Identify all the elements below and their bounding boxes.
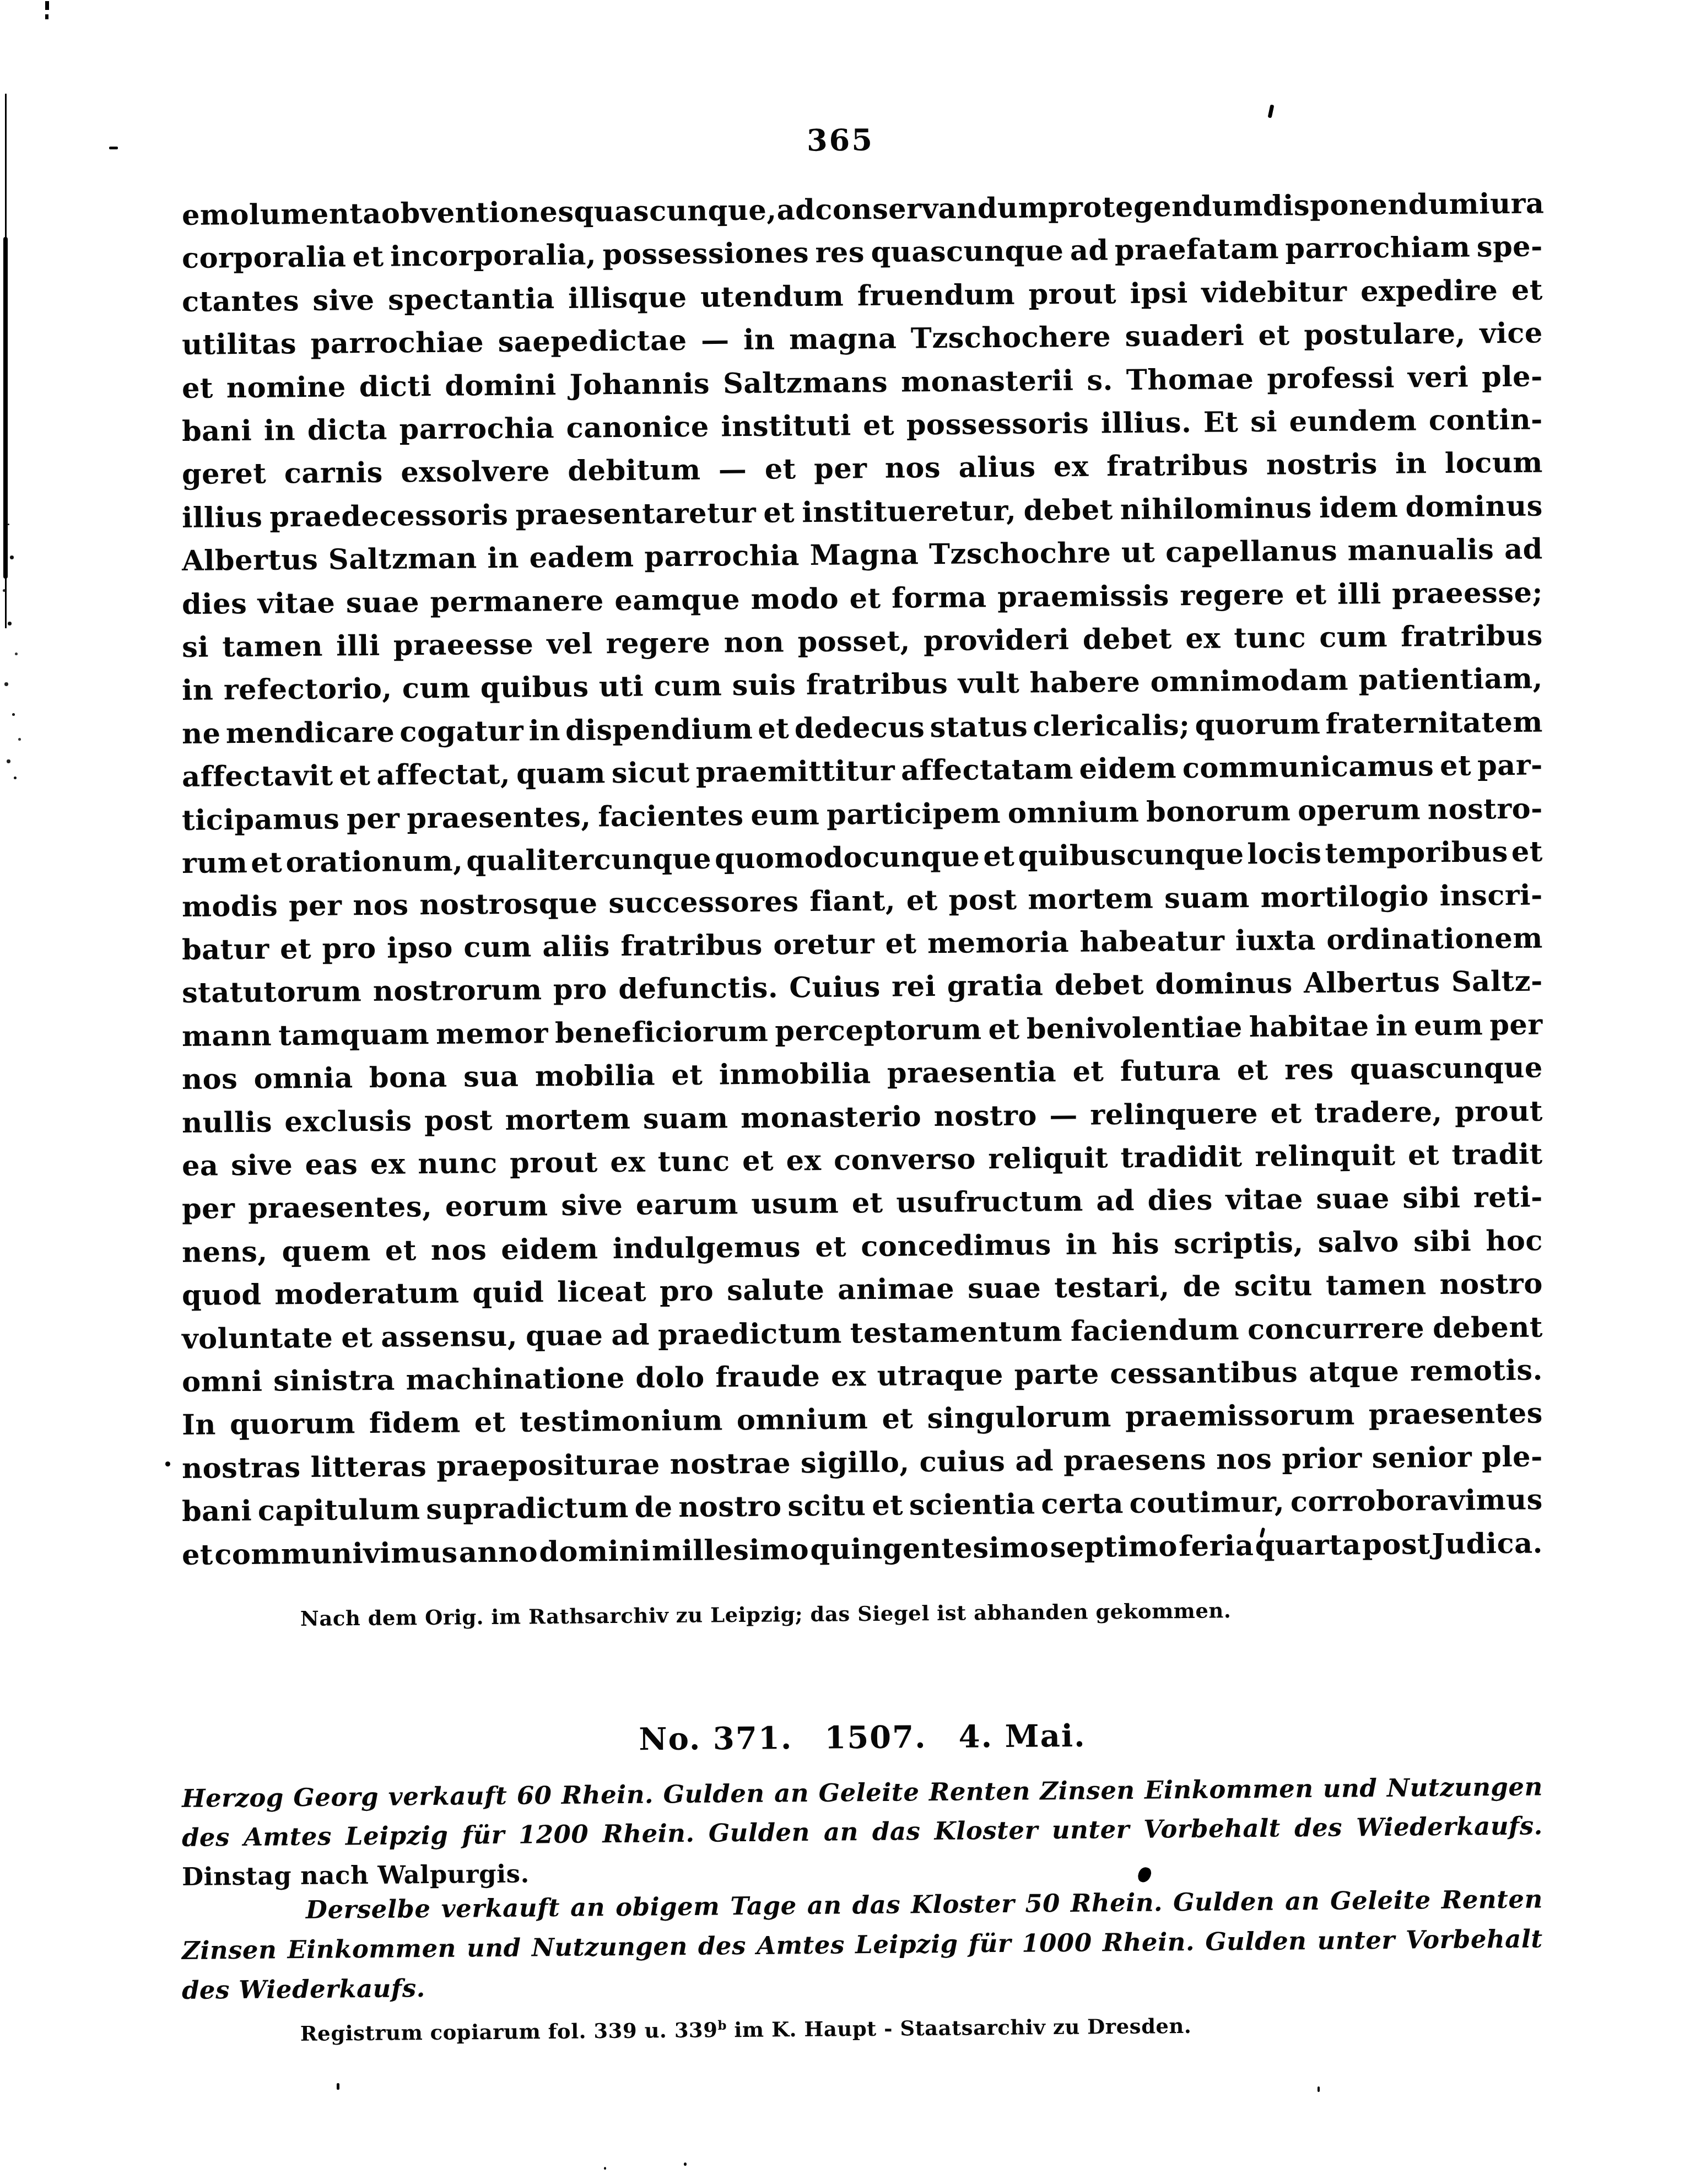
word: ex <box>831 1355 867 1398</box>
word: affectatam <box>901 748 1073 792</box>
word: illius <box>182 496 263 540</box>
word: iuxta <box>1235 919 1316 963</box>
word: unter <box>1317 1921 1395 1961</box>
word: tunc <box>1234 616 1306 660</box>
word: praedictum <box>658 1312 842 1356</box>
word: das <box>872 1811 921 1851</box>
word: coutimur, <box>1129 1481 1284 1525</box>
word: omnia <box>253 1056 353 1101</box>
word: Saltz- <box>1451 960 1543 1004</box>
word: bani <box>182 409 252 454</box>
word: scientia <box>909 1483 1035 1527</box>
word: posset, <box>797 620 910 664</box>
word: tamen <box>1326 1263 1427 1307</box>
word: quorum <box>1195 703 1320 747</box>
word: Rhein. <box>561 1775 654 1815</box>
word: an <box>570 1888 606 1928</box>
word: fruendum <box>857 273 1016 318</box>
word: canonice <box>566 406 709 450</box>
word: habeatur <box>1079 919 1224 964</box>
word: conservandum <box>815 186 1048 231</box>
word: locum <box>1445 441 1543 486</box>
word: In <box>182 1404 217 1447</box>
word: parrochia <box>644 534 800 579</box>
word: vitae <box>1225 1178 1303 1222</box>
word: ple- <box>1482 1435 1543 1479</box>
word: prior <box>1282 1437 1362 1481</box>
word: relinquit <box>1255 1134 1396 1179</box>
word: mortilogio <box>1260 875 1429 919</box>
word: clericalis; <box>1033 704 1190 748</box>
word: ple- <box>1482 355 1543 398</box>
word: benivolentiae <box>1026 1006 1243 1051</box>
word: Rhein. <box>602 1814 695 1853</box>
word: ipso <box>387 926 453 970</box>
word: orationum, <box>285 840 463 885</box>
word: reliquit <box>988 1136 1108 1180</box>
word: praeesse <box>393 623 534 667</box>
word: — <box>701 319 730 363</box>
word: dominus <box>1405 484 1543 529</box>
word: status <box>930 705 1028 749</box>
word: de <box>1183 1265 1221 1309</box>
word: praepositurae <box>436 1443 660 1488</box>
word: nostro- <box>1428 787 1543 831</box>
word: eundem <box>1289 399 1417 443</box>
word: testari, <box>1054 1266 1170 1310</box>
word: omni <box>182 1360 263 1404</box>
word: magna <box>789 317 897 362</box>
word: mortem <box>505 1097 631 1141</box>
word: ad <box>1015 1439 1054 1483</box>
word: fratribus <box>806 662 948 707</box>
word: und <box>467 1928 521 1969</box>
word: et <box>1511 831 1543 874</box>
word: Gulden <box>708 1813 810 1853</box>
word: parrochiae <box>310 321 484 365</box>
word: nostrosque <box>419 882 598 926</box>
word: et <box>988 1007 1020 1051</box>
word: temporibus <box>1325 831 1508 875</box>
page-number: 365 <box>165 117 1515 163</box>
word: praeesse; <box>1392 571 1543 616</box>
word: nullis <box>182 1101 273 1145</box>
word: in <box>743 319 775 362</box>
word: monasterio <box>741 1095 922 1140</box>
word: vitae <box>257 581 335 625</box>
word: ctantes <box>182 279 300 323</box>
word: Vorbehalt <box>1406 1919 1543 1960</box>
word: locis <box>1247 832 1322 876</box>
word: fratribus <box>620 924 763 968</box>
word: moderatum <box>274 1272 460 1317</box>
word: per <box>1489 1003 1543 1047</box>
word: operum <box>1298 788 1421 832</box>
scan-speckle <box>1318 2086 1320 2092</box>
word: protegendum <box>1048 185 1264 230</box>
word: provideri <box>924 618 1070 663</box>
word: Et <box>1203 401 1239 444</box>
word: spe- <box>1476 225 1543 269</box>
word: sibi <box>1402 1177 1461 1220</box>
word: sive <box>312 279 375 322</box>
word: fraude <box>715 1355 820 1399</box>
word: quibus <box>480 666 589 710</box>
word: Johannis <box>569 362 710 407</box>
word: spectantia <box>388 277 555 322</box>
word: et <box>1295 573 1327 617</box>
word: concedimus <box>861 1223 1051 1268</box>
word: par- <box>1477 744 1543 788</box>
scan-speckle <box>684 2163 687 2166</box>
word: patientiam, <box>1358 657 1543 702</box>
word: et <box>251 842 283 885</box>
word: aliis <box>542 925 610 968</box>
word: defunctis. <box>618 967 778 1011</box>
word: in <box>487 537 519 580</box>
word: sibi <box>1413 1220 1472 1263</box>
word: fraternitatem <box>1325 700 1543 746</box>
word: fratribus <box>1106 444 1249 489</box>
word: debitum <box>568 449 701 493</box>
word: dies <box>182 583 247 626</box>
word: eidem <box>501 1227 598 1271</box>
word: fidem <box>369 1401 461 1446</box>
word: sigillo, <box>801 1441 910 1485</box>
word: per <box>347 797 400 840</box>
word: relinquere <box>1090 1092 1258 1136</box>
word: obigem <box>615 1886 720 1927</box>
word: capitulum <box>258 1488 420 1533</box>
source-note-dresden: Registrum copiarum fol. 339 u. 339b im K… <box>300 2014 1192 2046</box>
word: et <box>882 1398 914 1441</box>
word: institueretur, <box>802 489 1017 535</box>
word: ad <box>1096 1179 1135 1223</box>
word: nos <box>885 446 941 490</box>
word: Saltzman <box>328 537 478 582</box>
word: corporalia <box>182 236 347 281</box>
word: tradidit <box>1120 1135 1243 1179</box>
word: Zinsen <box>1040 1771 1135 1811</box>
word: eorum <box>445 1185 548 1229</box>
word: ne <box>182 712 221 756</box>
word: cum <box>402 667 471 710</box>
word: utendum <box>700 274 844 319</box>
word: cum <box>654 665 722 708</box>
word: eadem <box>529 536 634 580</box>
word: in <box>182 669 214 713</box>
word: liceat <box>557 1270 647 1314</box>
word: Leipzig <box>855 1924 958 1965</box>
word: quem <box>282 1229 371 1274</box>
word: quascunque <box>871 229 1064 274</box>
word: usum <box>751 1182 839 1226</box>
word: assensu, <box>381 1314 517 1359</box>
word: ex <box>786 1139 822 1183</box>
word: quascunque <box>1350 1047 1543 1091</box>
word: 1000 <box>1022 1923 1092 1964</box>
word: illius. <box>1101 401 1192 445</box>
word: et <box>906 879 938 923</box>
word: mobilia <box>534 1054 655 1098</box>
word: eamque <box>614 578 740 622</box>
word: ex <box>370 1142 406 1186</box>
word: et <box>1408 1134 1440 1177</box>
word: testimonium <box>520 1399 723 1444</box>
scan-edge-line <box>3 237 8 579</box>
regest-paragraph-1: HerzogGeorgverkauft60Rhein.GuldenanGelei… <box>182 1779 1543 1896</box>
word: Gulden <box>663 1774 765 1814</box>
word: dedecus <box>794 706 925 750</box>
word: prout <box>1028 272 1116 316</box>
word: Rhein. <box>1103 1922 1195 1962</box>
word: dicti <box>359 365 431 409</box>
scan-speckle <box>1268 105 1275 118</box>
word: in <box>528 709 560 753</box>
word: et <box>863 404 895 447</box>
word: debet <box>1023 488 1113 532</box>
word: Georg <box>293 1777 379 1817</box>
word: memoria <box>927 921 1070 966</box>
word: supradictum <box>426 1486 629 1532</box>
word: dolo <box>635 1356 705 1400</box>
word: mortem <box>1028 877 1154 921</box>
word: nostro <box>933 1094 1037 1138</box>
word: quam <box>516 752 606 796</box>
word: Judica. <box>1432 1522 1543 1566</box>
word: de <box>634 1486 673 1529</box>
word: pro <box>660 1270 714 1313</box>
word: post <box>424 1099 493 1142</box>
word: Einkommen <box>287 1929 456 1970</box>
word: senior <box>1372 1436 1472 1480</box>
word: für <box>969 1924 1012 1964</box>
word: anno <box>458 1530 538 1574</box>
word: animae <box>838 1268 955 1312</box>
word: sicut <box>611 751 690 795</box>
word: concurrere <box>1248 1307 1424 1351</box>
word: et <box>758 707 790 751</box>
word: 1200 <box>519 1815 589 1854</box>
word: instituti <box>721 404 851 448</box>
latin-charter-text: emolumentaobventionesquascunque,adconser… <box>182 194 1543 1577</box>
word: bona <box>369 1056 447 1100</box>
word: des <box>1294 1808 1343 1848</box>
word: vice <box>1480 312 1543 355</box>
word: per <box>814 447 867 491</box>
scan-speckle <box>45 1 49 10</box>
word: regere <box>606 622 710 666</box>
word: atque <box>1309 1350 1400 1394</box>
word: scitu <box>1234 1264 1313 1308</box>
scan-speckle <box>337 2083 339 2090</box>
word: et <box>339 754 371 797</box>
word: ea <box>182 1144 219 1188</box>
word: in <box>1375 1004 1407 1048</box>
word: suae <box>1316 1177 1390 1221</box>
word: bani <box>182 1490 252 1534</box>
word: beneficiorum <box>555 1010 769 1055</box>
word: res <box>815 231 865 275</box>
word: illi <box>1337 573 1381 616</box>
word: et <box>182 1533 214 1577</box>
word: Wiederkaufs. <box>1356 1806 1543 1847</box>
word: Renten <box>1441 1879 1543 1920</box>
scanned-book-page: 365 emolumentaobventionesquascunque,adco… <box>0 0 1690 2184</box>
word: et <box>849 577 881 621</box>
word: in <box>1065 1223 1097 1266</box>
word: et <box>1258 314 1290 358</box>
word: exclusis <box>284 1099 412 1144</box>
word: debet <box>1082 617 1172 661</box>
word: und <box>1323 1768 1378 1808</box>
word: carnis <box>284 451 383 495</box>
word: Geleite <box>1330 1880 1431 1921</box>
source-note-text: Registrum copiarum fol. 339 u. 339 <box>300 2018 718 2046</box>
word: si <box>182 626 209 670</box>
word: sinistra <box>273 1359 395 1403</box>
word: Herzog <box>182 1778 284 1818</box>
word: unter <box>1052 1810 1130 1849</box>
word: sive <box>231 1144 293 1187</box>
word: et <box>742 1140 774 1183</box>
word: machinatione <box>406 1357 625 1402</box>
word: parte <box>1014 1352 1099 1396</box>
word: ticipamus <box>182 797 340 842</box>
regest-paragraph-2: DerselbeverkauftanobigemTageandasKloster… <box>182 1891 1543 2010</box>
word: ex <box>1185 617 1221 661</box>
word: millesimo <box>652 1528 809 1573</box>
word: utraque <box>877 1353 1003 1398</box>
word: suae <box>345 581 419 625</box>
word: saepedictae <box>498 319 687 364</box>
word: affectavit <box>182 754 333 799</box>
scan-speckle <box>165 1462 170 1466</box>
word: debent <box>1433 1306 1543 1350</box>
word: — <box>1049 1093 1078 1137</box>
word: praesens <box>1063 1438 1207 1483</box>
word: perceptorum <box>775 1008 982 1053</box>
word: ad <box>1504 528 1543 571</box>
word: in <box>1395 443 1427 486</box>
word: 50 <box>1025 1884 1060 1924</box>
word: Cuius <box>789 966 881 1010</box>
word: eas <box>305 1143 358 1187</box>
word: et <box>352 235 384 279</box>
word: Gulden <box>1205 1921 1307 1962</box>
word: earum <box>636 1183 739 1227</box>
word: contin- <box>1429 398 1543 442</box>
word: mendicare <box>225 711 395 756</box>
word: Tzschochre <box>929 532 1111 576</box>
word: illi <box>336 624 380 668</box>
source-note-leipzig: Nach dem Orig. im Rathsarchiv zu Leipzig… <box>300 1598 1232 1631</box>
word: praemissorum <box>1125 1394 1355 1439</box>
word: praemittitur <box>696 749 895 795</box>
word: parrochiam <box>1285 226 1471 271</box>
word: faciendum <box>1071 1308 1240 1353</box>
word: post <box>948 878 1017 921</box>
word: exsolvere <box>401 450 550 495</box>
word: Nutzungen <box>1387 1767 1543 1807</box>
word: ex <box>1054 445 1089 489</box>
word: septimo <box>1050 1525 1178 1569</box>
word: et <box>851 1182 883 1225</box>
word: et <box>1440 745 1472 788</box>
word: quomodocunque <box>715 835 980 881</box>
word: suaderi <box>1125 314 1244 358</box>
word: nostris <box>1266 443 1378 487</box>
word: et <box>815 1225 847 1269</box>
word: Albertus <box>182 538 318 583</box>
word: ipsi <box>1130 272 1188 315</box>
word: remotis. <box>1410 1349 1543 1393</box>
word: oretur <box>773 923 875 967</box>
word: possessoris <box>906 402 1089 447</box>
word: verkauft <box>388 1776 507 1816</box>
word: Nutzungen <box>532 1927 688 1967</box>
word: cogatur <box>399 709 523 753</box>
word: praedecessoris <box>269 494 509 539</box>
word: Vorbehalt <box>1143 1809 1281 1849</box>
word: rei <box>892 965 936 1009</box>
word: Kloster <box>934 1810 1038 1851</box>
word: scitu <box>787 1484 866 1528</box>
word: per <box>182 1188 235 1231</box>
word: omnium <box>1008 791 1140 835</box>
scan-speckle <box>109 147 118 149</box>
word: et <box>885 922 917 966</box>
word: obventiones <box>381 191 574 235</box>
word: quascunque, <box>574 189 777 234</box>
word: fiant, <box>809 879 895 923</box>
word: praesentaretur <box>515 492 756 537</box>
word: converso <box>834 1137 976 1182</box>
word: suam <box>1164 876 1250 920</box>
word: nunc <box>418 1142 498 1186</box>
word: et <box>1237 1049 1268 1092</box>
word: illisque <box>568 276 687 320</box>
word: Amtes <box>757 1926 845 1966</box>
word: gratia <box>947 964 1043 1009</box>
word: Gulden <box>1173 1882 1275 1923</box>
word: per <box>289 884 342 927</box>
word: tradit <box>1451 1133 1543 1177</box>
word: voluntate <box>182 1316 333 1361</box>
word: ut <box>1121 531 1156 575</box>
word: ex <box>610 1141 646 1184</box>
word: verkauft <box>441 1888 560 1929</box>
word: et <box>280 927 312 971</box>
word: Derselbe <box>306 1889 431 1930</box>
word: ad <box>776 188 815 232</box>
word: eum <box>750 794 820 837</box>
word: tamen <box>222 625 323 669</box>
word: quingentesimo <box>810 1526 1049 1571</box>
word: habere <box>1029 661 1140 705</box>
word: rum <box>182 842 248 885</box>
word: et <box>764 448 796 492</box>
word: nens, <box>182 1230 268 1274</box>
word: Geleite <box>818 1772 919 1813</box>
word: omnimodam <box>1150 659 1348 704</box>
word: quod <box>182 1274 262 1318</box>
word: ad <box>611 1313 650 1357</box>
word: tradere, <box>1314 1091 1443 1135</box>
word: nostro <box>1439 1263 1543 1307</box>
word: praesentes, <box>407 795 591 840</box>
word: cuius <box>919 1440 1005 1484</box>
